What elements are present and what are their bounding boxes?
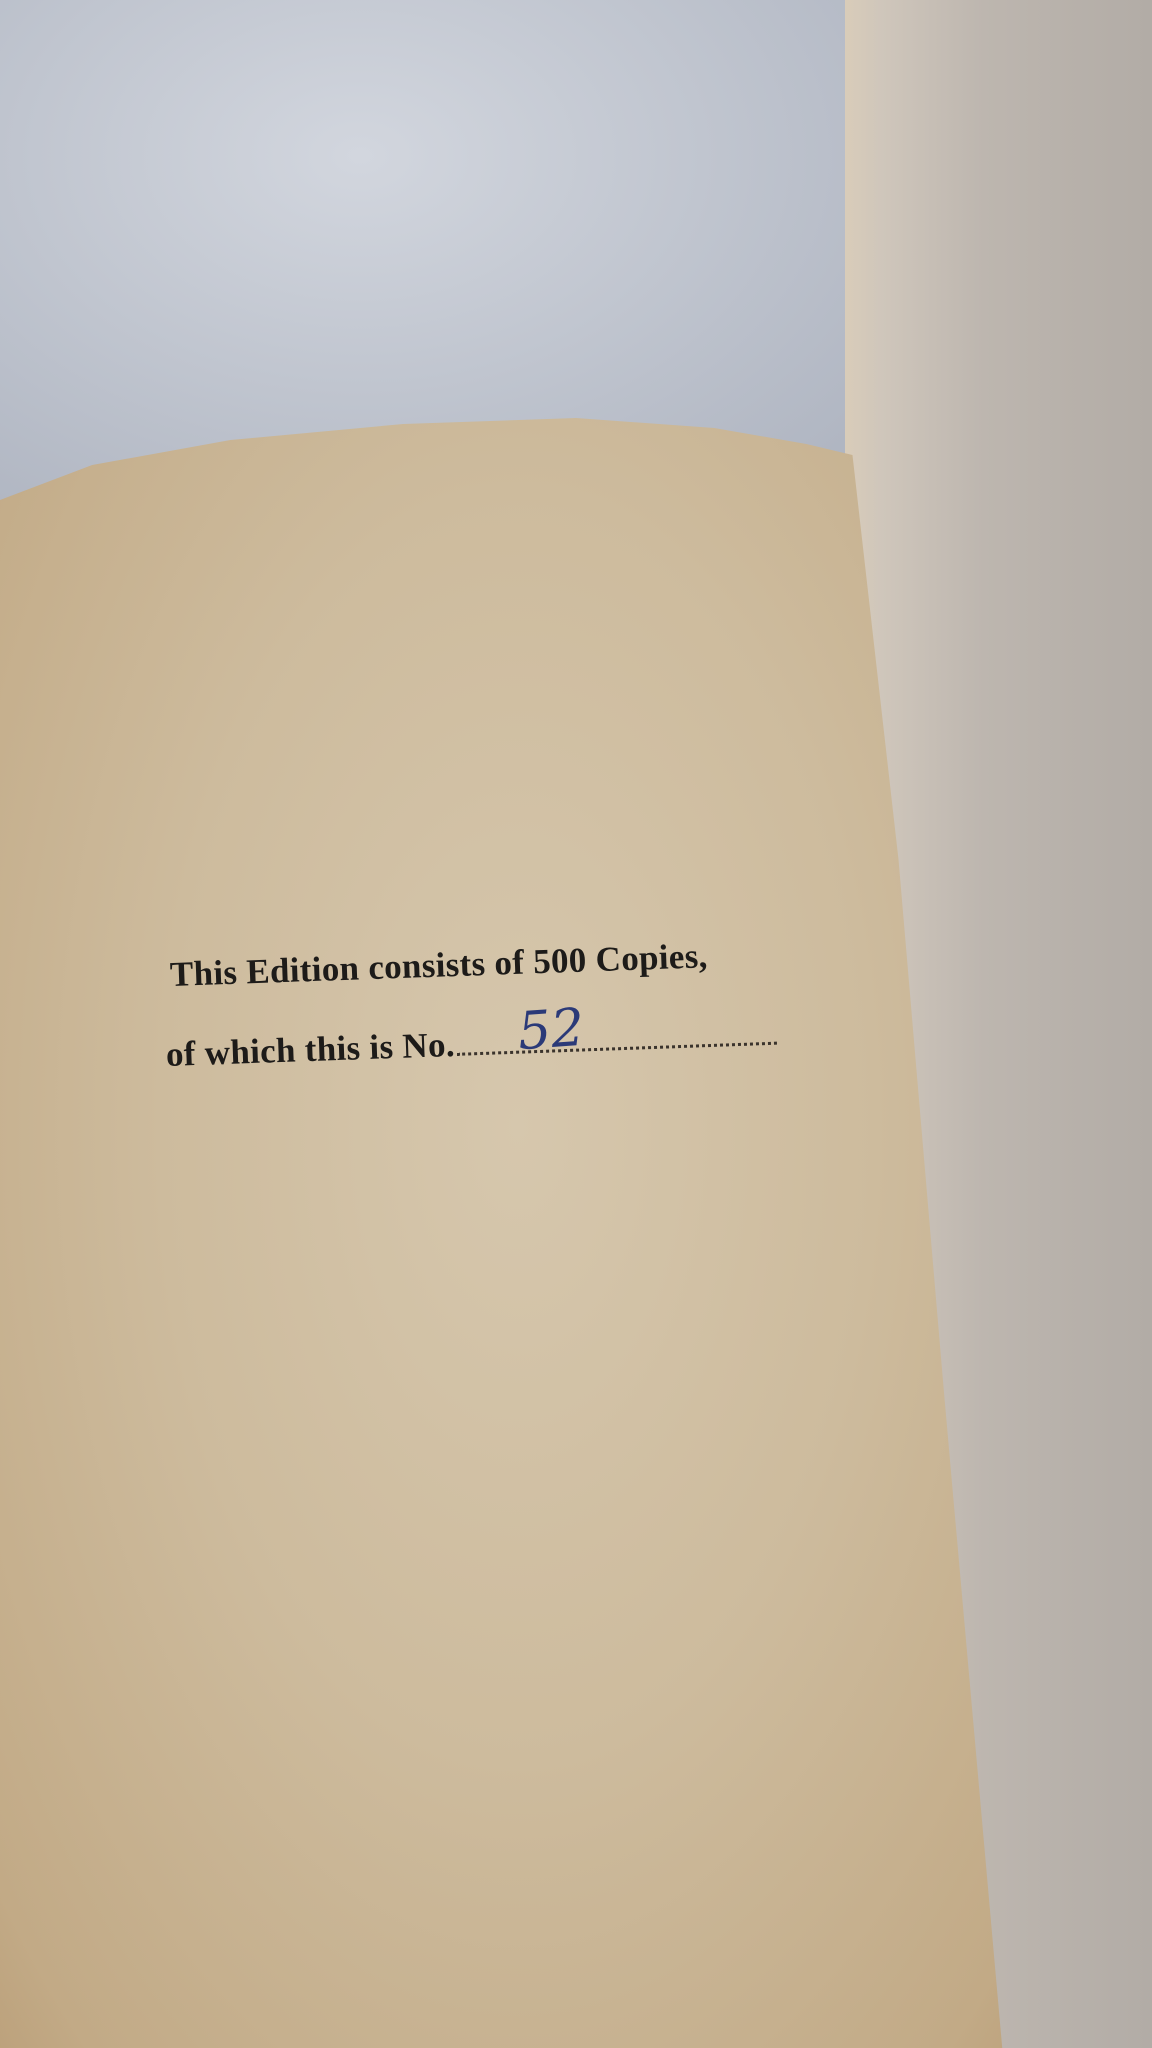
handwritten-copy-number: 52 <box>516 998 586 1062</box>
dotted-fill-line <box>457 1042 777 1056</box>
book-photo: This Edition consists of 500 Copies, of … <box>0 0 1152 2048</box>
